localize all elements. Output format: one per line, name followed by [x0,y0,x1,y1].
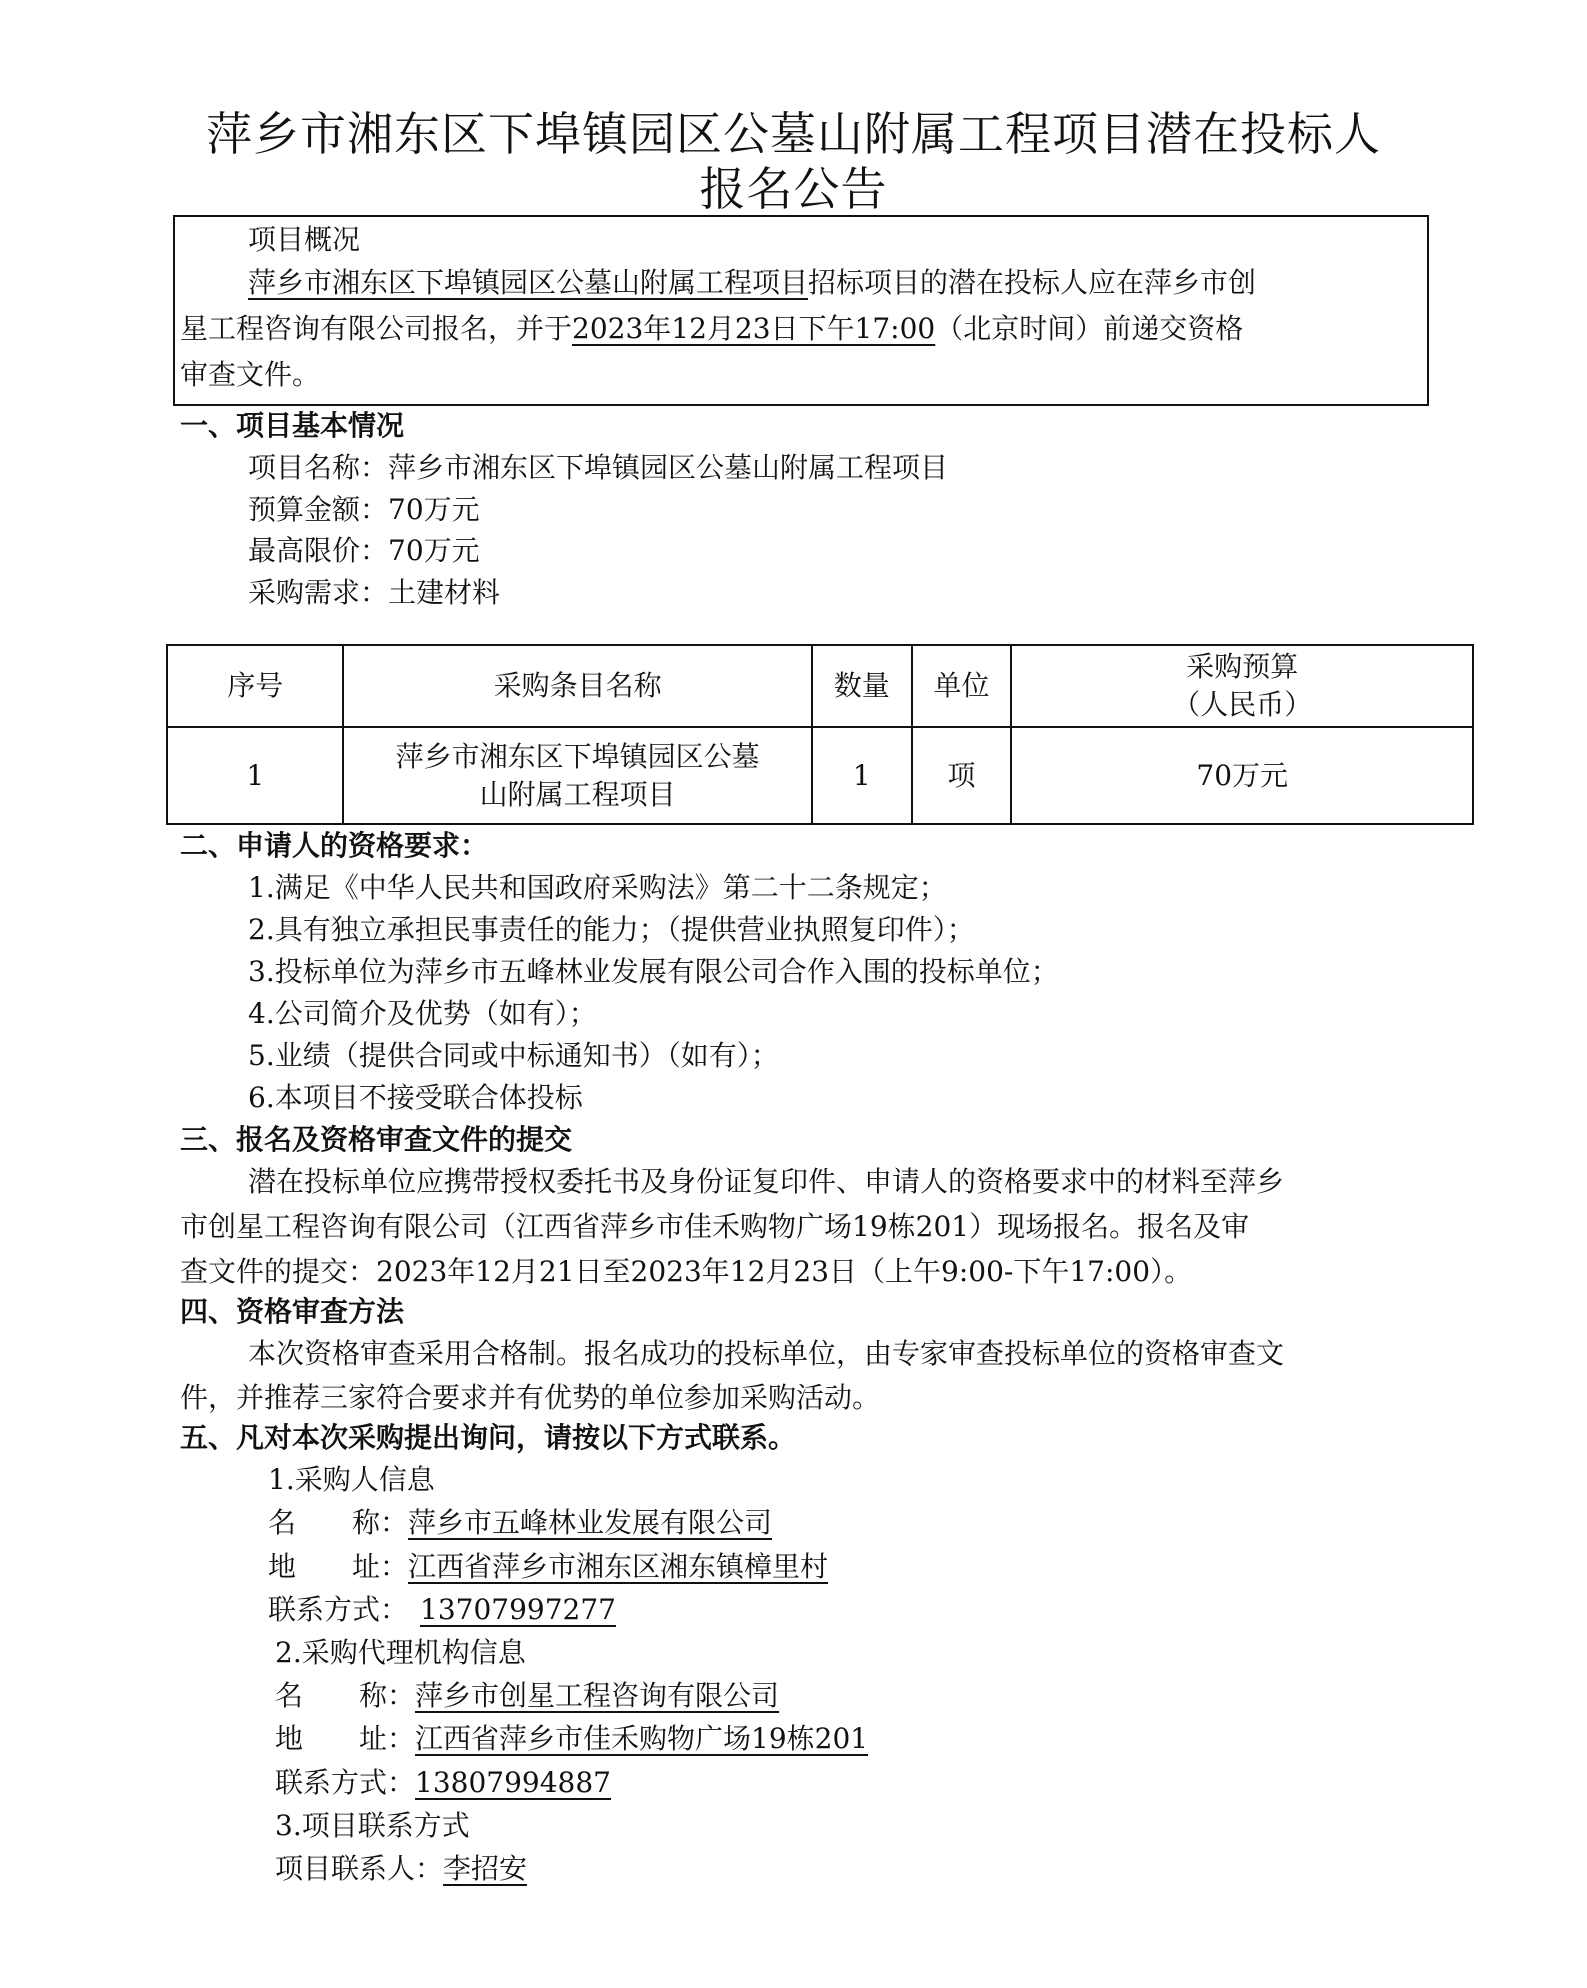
section3-heading: 三、报名及资格审查文件的提交 [180,1122,572,1158]
overview-deadline: 2023年12月23日下午17:00 [572,312,935,345]
overview-line-2: 星工程咨询有限公司报名，并于2023年12月23日下午17:00（北京时间）前递… [180,311,1243,347]
purchaser-address: 江西省萍乡市湘东区湘东镇樟里村 [408,1550,828,1583]
project-contact-person: 李招安 [443,1852,527,1885]
header-budget: 采购预算 （人民币） [1011,645,1473,727]
cell-item-name: 萍乡市湘东区下埠镇园区公墓 山附属工程项目 [343,727,811,824]
purchaser-name-label: 名 称： [268,1506,408,1539]
agency-phone-label: 联系方式： [275,1766,415,1799]
section1-item-project-name: 项目名称：萍乡市湘东区下埠镇园区公墓山附属工程项目 [248,450,948,486]
agency-address: 江西省萍乡市佳禾购物广场19栋201 [415,1722,868,1755]
table-row: 1 萍乡市湘东区下埠镇园区公墓 山附属工程项目 1 项 70万元 [167,727,1473,824]
project-contact-row: 项目联系人：李招安 [275,1851,527,1887]
cell-serial-no: 1 [167,727,343,824]
purchaser-name-row: 名 称：萍乡市五峰林业发展有限公司 [268,1505,772,1541]
purchaser-phone: 13707997277 [408,1593,646,1626]
qualification-item-3: 3.投标单位为萍乡市五峰林业发展有限公司合作入围的投标单位； [248,954,1059,990]
overview-line-1-rest: 招标项目的潜在投标人应在萍乡市创 [808,266,1256,299]
cell-quantity: 1 [812,727,912,824]
agency-phone-row: 联系方式：13807994887 [275,1765,611,1801]
section5-heading: 五、凡对本次采购提出询问，请按以下方式联系。 [180,1420,796,1456]
table-header-row: 序号 采购条目名称 数量 单位 采购预算 （人民币） [167,645,1473,727]
cell-item-name-line2: 山附属工程项目 [344,776,810,814]
overview-line-1: 萍乡市湘东区下埠镇园区公墓山附属工程项目招标项目的潜在投标人应在萍乡市创 [248,265,1256,301]
purchaser-address-label: 地 址： [268,1550,408,1583]
header-unit: 单位 [912,645,1012,727]
purchaser-info-title: 1.采购人信息 [268,1462,435,1498]
header-serial-no: 序号 [167,645,343,727]
overview-line-2-post: （北京时间）前递交资格 [935,312,1243,345]
section4-heading: 四、资格审查方法 [180,1294,404,1330]
header-budget-line1: 采购预算 [1012,648,1472,686]
section1-heading: 一、项目基本情况 [180,408,404,444]
project-contact-title: 3.项目联系方式 [275,1808,470,1844]
agency-name-row: 名 称：萍乡市创星工程咨询有限公司 [275,1678,779,1714]
cell-budget: 70万元 [1011,727,1473,824]
section3-line-2: 市创星工程咨询有限公司（江西省萍乡市佳禾购物广场19栋201）现场报名。报名及审 [180,1209,1249,1245]
overview-project-name: 萍乡市湘东区下埠镇园区公墓山附属工程项目 [248,266,808,299]
qualification-item-4: 4.公司简介及优势（如有）； [248,996,597,1032]
agency-name-label: 名 称： [275,1679,415,1712]
section3-line-1: 潜在投标单位应携带授权委托书及身份证复印件、申请人的资格要求中的材料至萍乡 [248,1164,1284,1200]
document-title-line2: 报名公告 [0,153,1587,219]
project-contact-label: 项目联系人： [275,1852,443,1885]
purchaser-address-row: 地 址：江西省萍乡市湘东区湘东镇樟里村 [268,1549,828,1585]
header-budget-line2: （人民币） [1012,686,1472,724]
section3-line-3: 查文件的提交：2023年12月21日至2023年12月23日（上午9:00-下午… [180,1254,1192,1290]
agency-info-title: 2.采购代理机构信息 [275,1635,526,1671]
procurement-items-table: 序号 采购条目名称 数量 单位 采购预算 （人民币） 1 萍乡市湘东区下埠镇园区… [166,644,1474,825]
purchaser-phone-label: 联系方式： [268,1593,408,1626]
section1-item-budget: 预算金额：70万元 [248,492,480,528]
agency-name: 萍乡市创星工程咨询有限公司 [415,1679,779,1712]
cell-item-name-line1: 萍乡市湘东区下埠镇园区公墓 [344,738,810,776]
qualification-item-5: 5.业绩（提供合同或中标通知书）（如有）； [248,1038,779,1074]
qualification-item-6: 6.本项目不接受联合体投标 [248,1080,583,1116]
section1-item-requirement: 采购需求：土建材料 [248,575,500,611]
section4-line-1: 本次资格审查采用合格制。报名成功的投标单位，由专家审查投标单位的资格审查文 [248,1336,1284,1372]
agency-address-label: 地 址： [275,1722,415,1755]
section1-item-max-price: 最高限价：70万元 [248,533,480,569]
qualification-item-2: 2.具有独立承担民事责任的能力；（提供营业执照复印件）； [248,912,975,948]
section4-line-2: 件，并推荐三家符合要求并有优势的单位参加采购活动。 [180,1380,880,1416]
section2-heading: 二、申请人的资格要求： [180,828,488,864]
agency-address-row: 地 址：江西省萍乡市佳禾购物广场19栋201 [275,1721,868,1757]
purchaser-name: 萍乡市五峰林业发展有限公司 [408,1506,772,1539]
header-quantity: 数量 [812,645,912,727]
cell-unit: 项 [912,727,1012,824]
overview-heading: 项目概况 [248,222,360,258]
overview-line-2-pre: 星工程咨询有限公司报名，并于 [180,312,572,345]
qualification-item-1: 1.满足《中华人民共和国政府采购法》第二十二条规定； [248,870,947,906]
purchaser-phone-row: 联系方式：13707997277 [268,1592,646,1628]
overview-line-3: 审查文件。 [180,357,320,393]
agency-phone: 13807994887 [415,1766,611,1799]
header-item-name: 采购条目名称 [343,645,811,727]
